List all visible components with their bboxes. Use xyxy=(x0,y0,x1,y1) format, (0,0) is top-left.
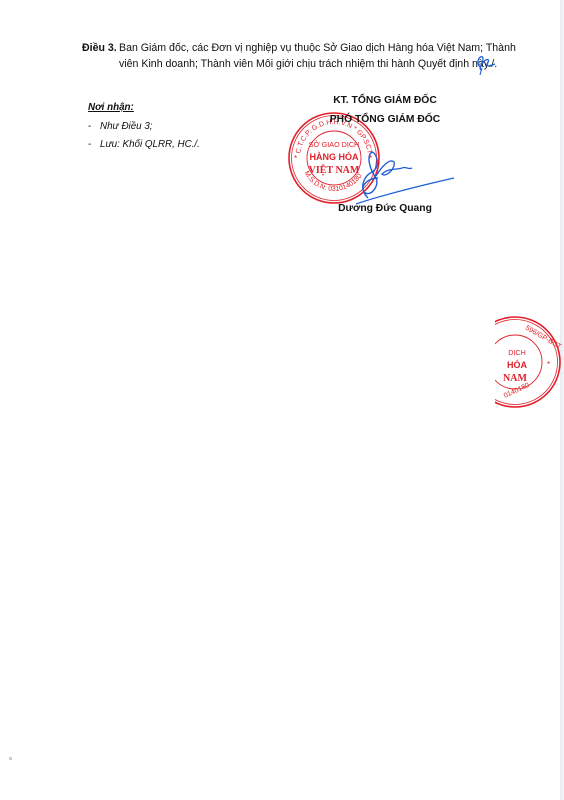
svg-text:*: * xyxy=(294,154,297,163)
svg-text:DỊCH: DỊCH xyxy=(508,348,526,357)
scan-artifact xyxy=(9,757,12,760)
svg-text:0140180: 0140180 xyxy=(503,382,531,400)
edge-stamp: 596/GP-BCT DỊCH HÓA NAM * 0140180 xyxy=(495,312,564,412)
svg-text:*: * xyxy=(547,360,550,369)
initial-mark-icon xyxy=(473,52,499,81)
recipients-title: Nơi nhận: xyxy=(88,102,200,113)
signer-title-2: PHÓ TỔNG GIÁM ĐỐC xyxy=(290,114,480,125)
svg-text:596/GP-BCT: 596/GP-BCT xyxy=(524,325,563,351)
document-page: Điều 3. Ban Giám đốc, các Đơn vị nghiệp … xyxy=(0,0,564,800)
svg-text:HÓA: HÓA xyxy=(507,359,528,370)
handwritten-signature-icon xyxy=(350,148,460,213)
signer-title-1: KT. TỔNG GIÁM ĐỐC xyxy=(290,95,480,106)
svg-text:NAM: NAM xyxy=(503,373,527,384)
recipient-item: -Lưu: Khối QLRR, HC./. xyxy=(88,139,200,150)
article-label: Điều 3. xyxy=(82,40,117,56)
article-text: Ban Giám đốc, các Đơn vị nghiệp vụ thuộc… xyxy=(119,40,524,72)
recipients: Nơi nhận: -Như Điều 3; -Lưu: Khối QLRR, … xyxy=(88,102,200,157)
recipient-item: -Như Điều 3; xyxy=(88,121,200,132)
